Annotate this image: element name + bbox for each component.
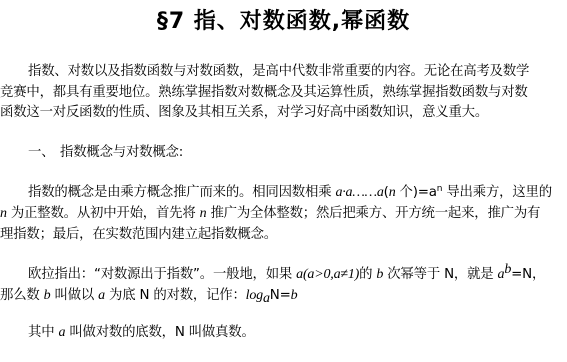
intro-line-1: 指数、对数以及指数函数与对数函数，是高中代数非常重要的内容。无论在高考及数学	[0, 62, 567, 82]
base-paragraph: 其中 a 叫做对数的底数，N 叫做真数。	[0, 323, 567, 343]
text: 为底 N 的对数，记作：	[105, 288, 246, 303]
text: 指数的概念是由乘方概念推广而来的。相同因数相乘	[28, 185, 335, 200]
text: 的	[359, 267, 376, 282]
exponent-line-2: n 为正整数。从初中开始，首先将 n 推广为全体整数；然后把乘方、开方统一起来，…	[0, 204, 567, 224]
text: 那么数	[0, 288, 44, 303]
text: 个)=a	[396, 185, 437, 200]
section-heading: 一、指数概念与对数概念:	[0, 143, 567, 163]
math-var-n: n	[389, 185, 396, 200]
exponent-line-1: 指数的概念是由乘方概念推广而来的。相同因数相乘 a·a……a(n 个)=an 导…	[0, 183, 567, 203]
text: =N，	[511, 267, 545, 282]
math-product: a·a……a	[335, 185, 383, 200]
math-var-b: b	[291, 288, 298, 303]
text: 叫做对数的底数，N 叫做真数。	[65, 325, 254, 340]
math-var-n: n	[0, 206, 7, 221]
math-log: log	[246, 288, 263, 303]
math-condition: a(a>0,a≠1)	[296, 267, 359, 282]
page-title: §7 指、对数函数,幂函数	[0, 6, 567, 38]
intro-line-2: 竞赛中，都具有重要地位。熟练掌握指数对数概念及其运算性质，熟练掌握指数函数与对数	[0, 83, 567, 103]
math-var-a: a	[98, 288, 105, 303]
text: 次幂等于 N，就是	[383, 267, 497, 282]
text: 推广为全体整数；然后把乘方、开方统一起来，推广为有	[206, 206, 540, 221]
section-heading-text: 指数概念与对数概念:	[60, 145, 183, 160]
exponent-line-3: 理指数；最后，在实数范围内建立起指数概念。	[0, 225, 567, 245]
text: N=	[270, 288, 291, 303]
section-number: 一、	[28, 143, 60, 163]
text: 为正整数。从初中开始，首先将	[7, 206, 200, 221]
text: 欧拉指出：“对数源出于指数”。一般地，如果	[28, 267, 296, 282]
text: 其中	[28, 325, 58, 340]
intro-line-3: 函数这一对反函数的性质、图象及其相互关系，对学习好高中函数知识，意义重大。	[0, 103, 567, 123]
log-line-2: 那么数 b 叫做以 a 为底 N 的对数，记作：logaN=b	[0, 286, 567, 306]
log-line-1: 欧拉指出：“对数源出于指数”。一般地，如果 a(a>0,a≠1)的 b 次幂等于…	[0, 265, 567, 285]
math-subscript: a	[263, 291, 270, 306]
text: 导出乘方，这里的	[442, 185, 552, 200]
text: 叫做以	[50, 288, 98, 303]
